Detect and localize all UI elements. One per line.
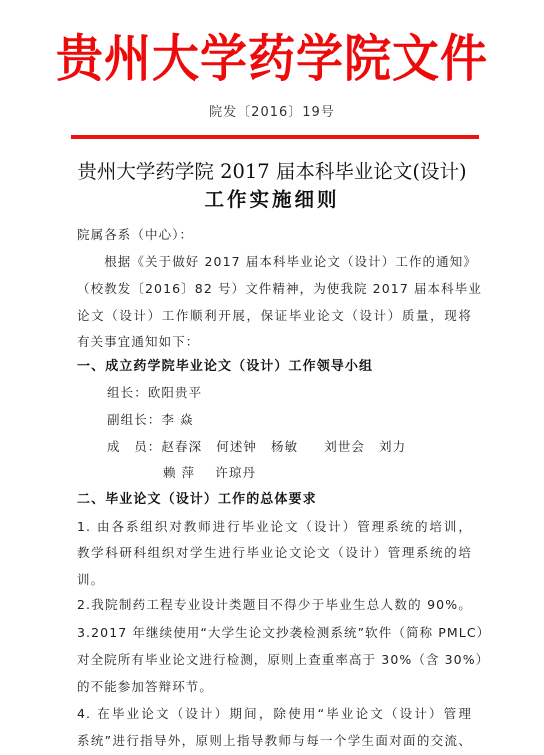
item3-line-3: 的不能参加答辩环节。 [77, 678, 472, 696]
item1-line-1: 1. 由各系组织对教师进行毕业论文（设计）管理系统的培训， [77, 518, 472, 536]
members-row-2: 赖 萍许琼丹 [163, 464, 544, 482]
section2-heading: 二、毕业论文（设计）工作的总体要求 [77, 491, 472, 509]
document-page: 贵州大学药学院文件 院发〔2016〕19号 贵州大学药学院 2017 届本科毕业… [0, 0, 544, 755]
item3-line-2: 对全院所有毕业论文进行检测，原则上查重率高于 30%（含 30%） [77, 651, 472, 669]
red-divider [71, 135, 479, 139]
intro-line-4: 有关事宜通知如下： [77, 333, 472, 351]
section1-heading: 一、成立药学院毕业论文（设计）工作领导小组 [77, 358, 472, 376]
document-title-line1: 贵州大学药学院 2017 届本科毕业论文(设计) [0, 158, 544, 186]
masthead-title: 贵州大学药学院文件 [0, 28, 544, 93]
item4-line-1: 4. 在毕业论文（设计）期间，除使用“毕业论文（设计）管理 [77, 705, 472, 723]
deputy-row: 副组长：李 焱 [107, 411, 502, 429]
member: 刘世会 [324, 439, 365, 454]
leader-row: 组长：欧阳贵平 [107, 384, 502, 402]
item2-line-1: 2.我院制药工程专业设计类题目不得少于毕业生总人数的 90%。 [77, 596, 472, 614]
document-number: 院发〔2016〕19号 [0, 104, 544, 122]
salutation: 院属各系（中心）： [77, 226, 472, 244]
members-label: 成 员： [107, 439, 161, 454]
intro-line-2: （校教发〔2016〕82 号）文件精神，为使我院 2017 届本科毕业 [77, 280, 472, 298]
deputy-label: 副组长： [107, 412, 161, 427]
leader-label: 组长： [107, 385, 148, 400]
member: 许琼丹 [215, 465, 256, 480]
member: 赖 萍 [163, 465, 195, 480]
document-title-line2: 工作实施细则 [0, 186, 544, 214]
member: 赵春深 [161, 439, 202, 454]
members-row-1: 成 员：赵春深何述钟杨敏刘世会刘力 [107, 438, 502, 456]
intro-line-1: 根据《关于做好 2017 届本科毕业论文（设计）工作的通知》 [77, 253, 472, 271]
intro-line-3: 论文（设计）工作顺利开展，保证毕业论文（设计）质量，现将 [77, 307, 472, 325]
member: 何述钟 [216, 439, 257, 454]
member: 杨敏 [271, 439, 298, 454]
member: 刘力 [379, 439, 406, 454]
deputy-name: 李 焱 [161, 412, 193, 427]
item4-line-2: 系统”进行指导外，原则上指导教师与每一个学生面对面的交流、 [77, 732, 472, 750]
item3-line-1: 3.2017 年继续使用“大学生论文抄袭检测系统”软件（简称 PMLC） [77, 624, 472, 642]
item1-line-3: 训。 [77, 571, 472, 589]
leader-name: 欧阳贵平 [148, 385, 202, 400]
item1-line-2: 教学科研科组织对学生进行毕业论文论文（设计）管理系统的培 [77, 544, 472, 562]
